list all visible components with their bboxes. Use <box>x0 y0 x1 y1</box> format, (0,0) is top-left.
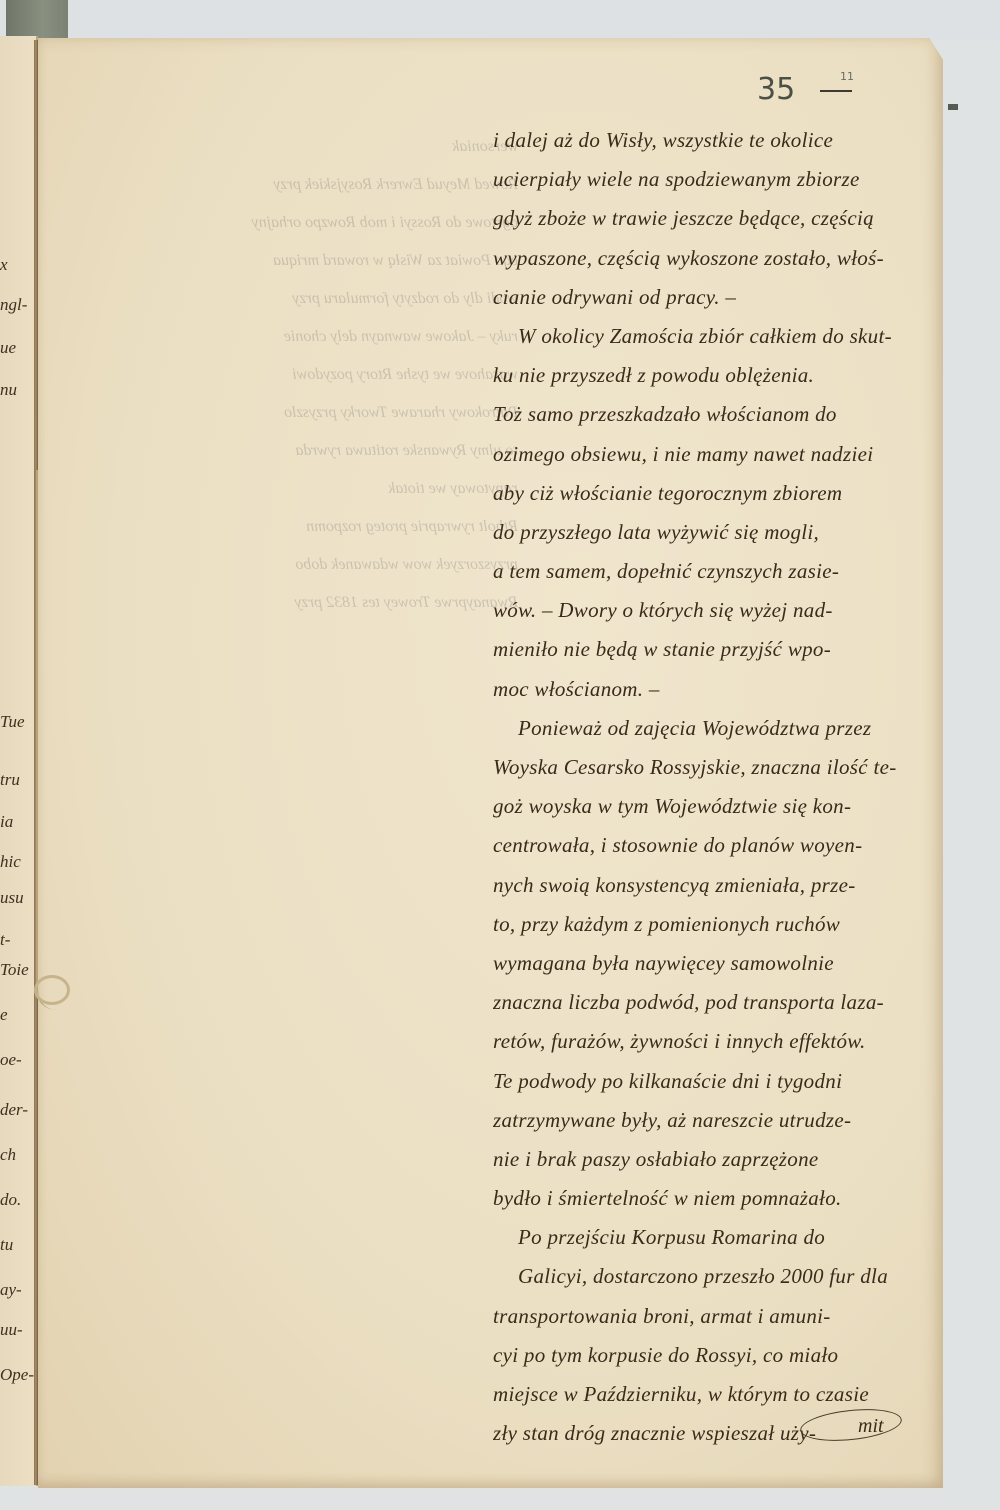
left-page-fragment: hic <box>0 852 21 872</box>
left-page-fragment: der- <box>0 1100 28 1120</box>
text-line: a tem samem, dopełnić czynszych zasie- <box>493 559 953 598</box>
text-line: cianie odrywani od pracy. – <box>493 285 953 324</box>
text-line: W okolicy Zamościa zbiór całkiem do skut… <box>493 324 953 363</box>
text-line: ucierpiały wiele na spodziewanym zbiorze <box>493 167 953 206</box>
text-line: i dalej aż do Wisły, wszystkie te okolic… <box>493 128 953 167</box>
text-line: wów. – Dwory o których się wyżej nad- <box>493 598 953 637</box>
text-line: cyi po tym korpusie do Rossyi, co miało <box>493 1343 953 1382</box>
text-line: znaczna liczba podwód, pod transporta la… <box>493 990 953 1029</box>
bleed-through-line: Rwanayprwe Trowey tes 1832 przy <box>138 584 518 622</box>
left-page-fragment: ngl- <box>0 295 27 315</box>
bleed-through-line: rapytoway we tiotak <box>138 470 518 508</box>
text-line: Po przejściu Korpusu Romarina do <box>493 1225 953 1264</box>
text-line: centrowała, i stosownie do planów woyen- <box>493 833 953 872</box>
catchword: mit <box>858 1415 884 1438</box>
text-line: nych swoią konsystencyą zmieniała, prze- <box>493 873 953 912</box>
text-line: Te podwody po kilkanaście dni i tygodni <box>493 1069 953 1108</box>
text-line: ku nie przyszedł z powodu oblężenia. <box>493 363 953 402</box>
text-line: retów, furażów, żywności i innych effekt… <box>493 1029 953 1068</box>
text-line: Ponieważ od zajęcia Województwa przez <box>493 716 953 755</box>
text-line: Toż samo przeszkadzało włościanom do <box>493 402 953 441</box>
left-page-fragment: e <box>0 1005 8 1025</box>
left-page-fragment: tu <box>0 1235 13 1255</box>
text-line: goż woyska w tym Województwie się kon- <box>493 794 953 833</box>
bleed-through-line: przyszorzyek wow wdawanek dobo <box>138 546 518 584</box>
left-page-fragment: tru <box>0 770 20 790</box>
left-page-fragment: do. <box>0 1190 21 1210</box>
left-page-fragment: ay- <box>0 1280 22 1300</box>
scan-background <box>0 0 1000 40</box>
bleed-through-line: ego Powiat za Wisłą w roward mriqua <box>138 242 518 280</box>
text-line: wypaszone, częścią wykoszone zostało, wł… <box>493 246 953 285</box>
text-line: bydło i śmiertelność w niem pomnażało. <box>493 1186 953 1225</box>
text-line: aby ciż włościanie tegorocznym zbiorem <box>493 481 953 520</box>
bleed-through-text: wersoniakRowed Meyud Ewrerk Rosyjskiek p… <box>138 128 518 622</box>
left-page-fragment: ch <box>0 1145 16 1165</box>
left-page-fragment: Ope- <box>0 1365 34 1385</box>
left-page-fragment: ia <box>0 812 13 832</box>
page-tab-mark <box>948 104 958 110</box>
bleed-through-line: wodi dly do rodzyty formularu przy <box>138 280 518 318</box>
folio-mark: 11 <box>840 70 854 83</box>
page-number-dash <box>820 90 852 92</box>
left-page-fragment: ue <box>0 338 16 358</box>
left-page-fragment: x <box>0 255 8 275</box>
left-page-fragment: t- <box>0 930 10 950</box>
bleed-through-line: warahove we tyshe Rtory pozydowi <box>138 356 518 394</box>
bleed-through-line: Rtholt rywraprie proteg rozpomn <box>138 508 518 546</box>
left-page-fragment: Toie <box>0 960 29 980</box>
left-page-fragment: usu <box>0 888 24 908</box>
bleed-through-line: wersoniak <box>138 128 518 166</box>
text-line: Galicyi, dostarczono przeszło 2000 fur d… <box>493 1264 953 1303</box>
binding-tape <box>6 0 68 40</box>
text-line: gdyż zboże w trawie jeszcze będące, częś… <box>493 206 953 245</box>
left-page-edge: xngl-uenuTuetruiahicusut-Toieeoe-der-chd… <box>0 36 38 1486</box>
text-line: transportowania broni, armat i amuni- <box>493 1304 953 1343</box>
text-line: moc włościanom. – <box>493 677 953 716</box>
left-page-fragment: nu <box>0 380 17 400</box>
text-line: ozimego obsiewu, i nie mamy nawet nadzie… <box>493 442 953 481</box>
handwritten-text-block: i dalej aż do Wisły, wszystkie te okolic… <box>493 128 953 1460</box>
text-line: mieniło nie będą w stanie przyjść wpo- <box>493 637 953 676</box>
left-page-fragment: Tue <box>0 712 25 732</box>
binding-thread <box>36 470 62 1010</box>
text-line: nie i brak paszy osłabiało zaprzężone <box>493 1147 953 1186</box>
bleed-through-line: to ulmy Rywanske rotituwa rywrda <box>138 432 518 470</box>
bleed-through-line: agrtowe do Rossyi i mob Rowzpo orhajny <box>138 204 518 242</box>
text-line: wymagana była naywięcey samowolnie <box>493 951 953 990</box>
text-line: do przyszłego lata wyżywić się mogli, <box>493 520 953 559</box>
text-line: Woyska Cesarsko Rossyjskie, znaczna iloś… <box>493 755 953 794</box>
text-line: to, przy każdym z pomienionych ruchów <box>493 912 953 951</box>
text-line: zatrzymywane były, aż nareszcie utrudze- <box>493 1108 953 1147</box>
bleed-through-line: Patrokowy rharawe Tworky przyszlo <box>138 394 518 432</box>
bleed-through-line: Rowed Meyud Ewrerk Rosyjskiek przy <box>138 166 518 204</box>
page-number: 35 <box>757 72 795 107</box>
left-page-fragment: uu- <box>0 1320 23 1340</box>
left-page-fragment: oe- <box>0 1050 22 1070</box>
thread-knot <box>34 975 70 1005</box>
bleed-through-line: ruky – Jakowe wawnayn dely chonie <box>138 318 518 356</box>
